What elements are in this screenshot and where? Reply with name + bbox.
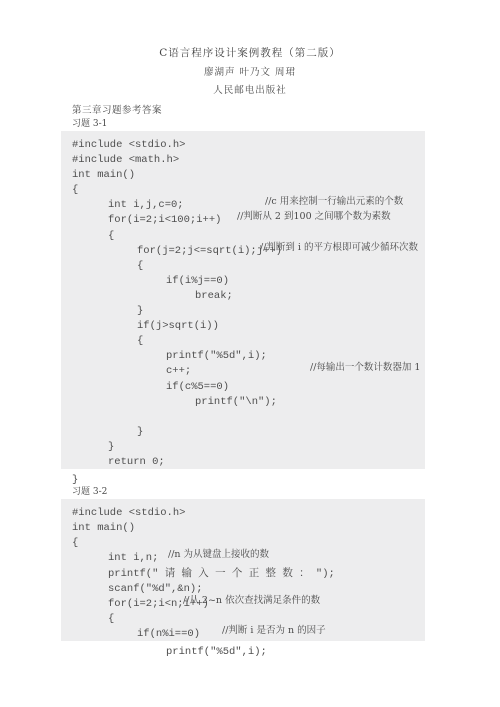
code-line: }: [61, 300, 425, 315]
code-line: if(j>sqrt(i)): [61, 315, 425, 330]
exercise-section: 习题 3-1#include <stdio.h>#include <math.h…: [0, 118, 500, 484]
publisher-line: 人民邮电出版社: [0, 82, 500, 96]
code-comment: //每输出一个数计数器加 1: [310, 360, 420, 375]
code-line: {: [61, 225, 425, 240]
exercises: 习题 3-1#include <stdio.h>#include <math.h…: [0, 118, 500, 656]
code-block: #include <stdio.h>#include <math.h>int m…: [61, 131, 425, 469]
code-line: return 0;: [61, 451, 425, 466]
document-header: C语言程序设计案例教程（第二版） 廖湖声 叶乃文 周珺 人民邮电出版社: [0, 0, 500, 96]
code-line: {: [61, 179, 425, 194]
exercise-label: 习题 3-2: [72, 486, 500, 499]
code-line: #include <math.h>: [61, 149, 425, 164]
code-line: {: [61, 255, 425, 270]
code-line: {: [61, 608, 425, 623]
code-line: int main(): [61, 517, 425, 532]
book-title: C语言程序设计案例教程（第二版）: [0, 0, 500, 60]
code-line: for(i=2;i<n;i++)//从 2~n 依次查找满足条件的数: [61, 593, 425, 608]
code-line: printf("%5d",i);: [61, 641, 425, 656]
code-block: #include <stdio.h>int main(){int i,n;//n…: [61, 499, 425, 641]
code-comment: //判断从 2 到100 之间哪个数为素数: [237, 209, 391, 224]
code-comment: //判断到 i 的平方根即可减少循环次数: [260, 240, 418, 255]
chapter-heading: 第三章习题参考答案: [72, 102, 500, 116]
code-comment: //从 2~n 依次查找满足条件的数: [183, 593, 320, 608]
code-text: printf("%5d",i);: [166, 646, 267, 658]
code-line: printf(" 请 输 入 一 个 正 整 数 ： ");: [61, 563, 425, 578]
code-line: [61, 406, 425, 421]
code-line: for(i=2;i<100;i++)//判断从 2 到100 之间哪个数为素数: [61, 209, 425, 224]
code-block-tail: }: [61, 469, 425, 484]
code-text: if(n%i==0): [137, 628, 200, 640]
code-line: {: [61, 532, 425, 547]
exercise-section: 习题 3-2#include <stdio.h>int main(){int i…: [0, 486, 500, 656]
code-line: }: [61, 436, 425, 451]
code-line: {: [61, 330, 425, 345]
code-line: int main(): [61, 164, 425, 179]
code-line: int i,j,c=0;//c 用来控制一行输出元素的个数: [61, 194, 425, 209]
code-line: #include <stdio.h>: [61, 134, 425, 149]
code-line: if(c%5==0): [61, 376, 425, 391]
code-line: scanf("%d",&n);: [61, 578, 425, 593]
authors-line: 廖湖声 叶乃文 周珺: [0, 64, 500, 78]
code-comment: //c 用来控制一行输出元素的个数: [265, 194, 403, 209]
code-line: c++;//每输出一个数计数器加 1: [61, 360, 425, 375]
code-line: if(n%i==0)//判断 i 是否为 n 的因子: [61, 623, 425, 638]
code-line: if(i%j==0): [61, 270, 425, 285]
exercise-label: 习题 3-1: [72, 118, 500, 131]
document-page: C语言程序设计案例教程（第二版） 廖湖声 叶乃文 周珺 人民邮电出版社 第三章习…: [0, 0, 500, 707]
code-line: break;: [61, 285, 425, 300]
code-line: }: [61, 421, 425, 436]
code-line: #include <stdio.h>: [61, 502, 425, 517]
code-line: }: [61, 469, 425, 484]
code-line: int i,n;//n 为从键盘上接收的数: [61, 547, 425, 562]
code-comment: //n 为从键盘上接收的数: [168, 547, 269, 562]
code-comment: //判断 i 是否为 n 的因子: [222, 623, 326, 638]
code-line: printf("%5d",i);: [61, 345, 425, 360]
code-block-tail: printf("%5d",i);: [61, 641, 425, 656]
code-text: }: [72, 474, 78, 486]
code-line: for(j=2;j<=sqrt(i);j++)//判断到 i 的平方根即可减少循…: [61, 240, 425, 255]
code-text: return 0;: [108, 456, 165, 468]
code-line: printf("\n");: [61, 391, 425, 406]
